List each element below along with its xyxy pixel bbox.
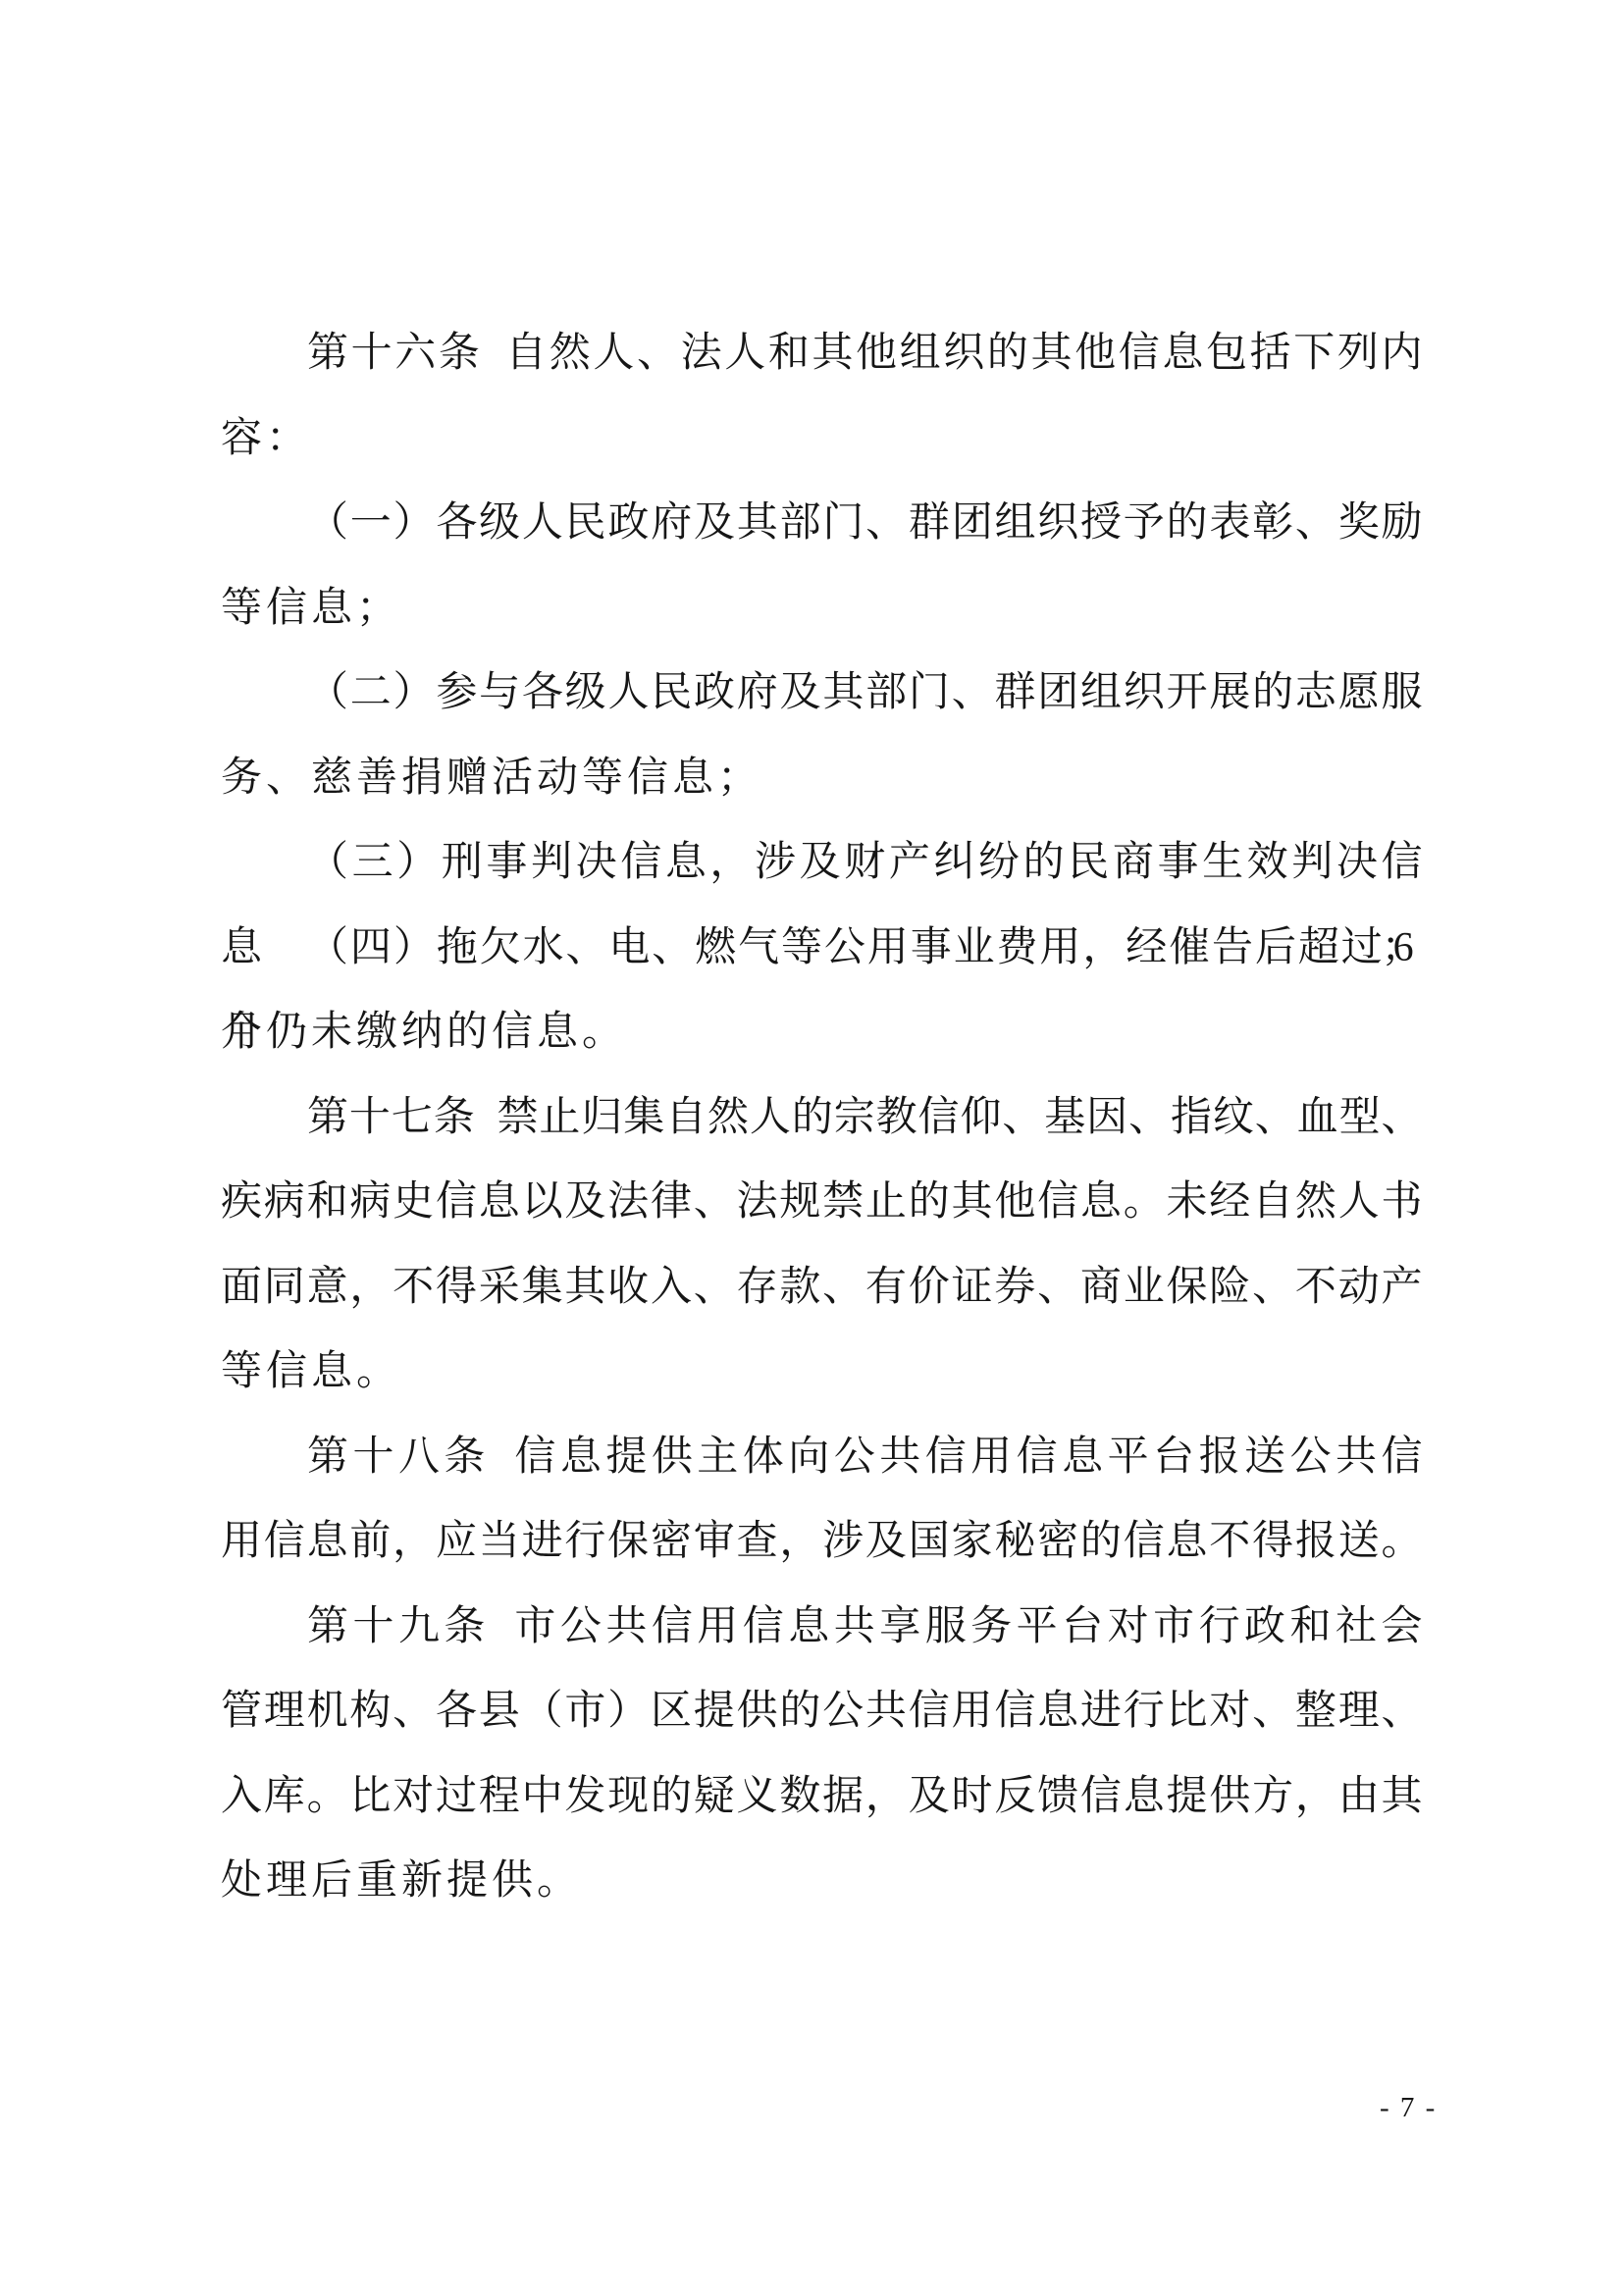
- text-line: 月仍未缴纳的信息。: [221, 990, 1423, 1075]
- text-line-article-16-start: 第十六条 自然人、法人和其他组织的其他信息包括下列内: [221, 311, 1423, 396]
- page-number: - 7 -: [1380, 2088, 1437, 2127]
- text-line-item-1: （一）各级人民政府及其部门、群团组织授予的表彰、奖励: [221, 481, 1423, 566]
- text-line: 容：: [221, 396, 1423, 482]
- text-line: 面同意，不得采集其收入、存款、有价证券、商业保险、不动产: [221, 1245, 1423, 1331]
- text-line: 入库。比对过程中发现的疑义数据，及时反馈信息提供方，由其: [221, 1754, 1423, 1840]
- document-text-block: 第十六条 自然人、法人和其他组织的其他信息包括下列内 容： （一）各级人民政府及…: [221, 311, 1423, 1924]
- document-page: 第十六条 自然人、法人和其他组织的其他信息包括下列内 容： （一）各级人民政府及…: [0, 0, 1624, 2296]
- text-line: 疾病和病史信息以及法律、法规禁止的其他信息。未经自然人书: [221, 1160, 1423, 1245]
- text-line: 务、慈善捐赠活动等信息；: [221, 736, 1423, 821]
- text-line-item-2: （二）参与各级人民政府及其部门、群团组织开展的志愿服: [221, 651, 1423, 736]
- text-line: 等信息。: [221, 1330, 1423, 1415]
- text-line-article-19-start: 第十九条 市公共信用信息共享服务平台对市行政和社会: [221, 1585, 1423, 1670]
- text-line: 等信息；: [221, 566, 1423, 652]
- text-line-article-17-start: 第十七条 禁止归集自然人的宗教信仰、基因、指纹、血型、: [221, 1075, 1423, 1161]
- text-line: 处理后重新提供。: [221, 1839, 1423, 1924]
- text-line-item-3: （三）刑事判决信息，涉及财产纠纷的民商事生效判决信息；: [221, 820, 1423, 906]
- text-line-item-4: （四）拖欠水、电、燃气等公用事业费用，经催告后超过 6 个: [221, 906, 1423, 991]
- text-line: 管理机构、各县（市）区提供的公共信用信息进行比对、整理、: [221, 1669, 1423, 1754]
- text-line-article-18-start: 第十八条 信息提供主体向公共信用信息平台报送公共信: [221, 1415, 1423, 1500]
- text-line: 用信息前，应当进行保密审查，涉及国家秘密的信息不得报送。: [221, 1499, 1423, 1585]
